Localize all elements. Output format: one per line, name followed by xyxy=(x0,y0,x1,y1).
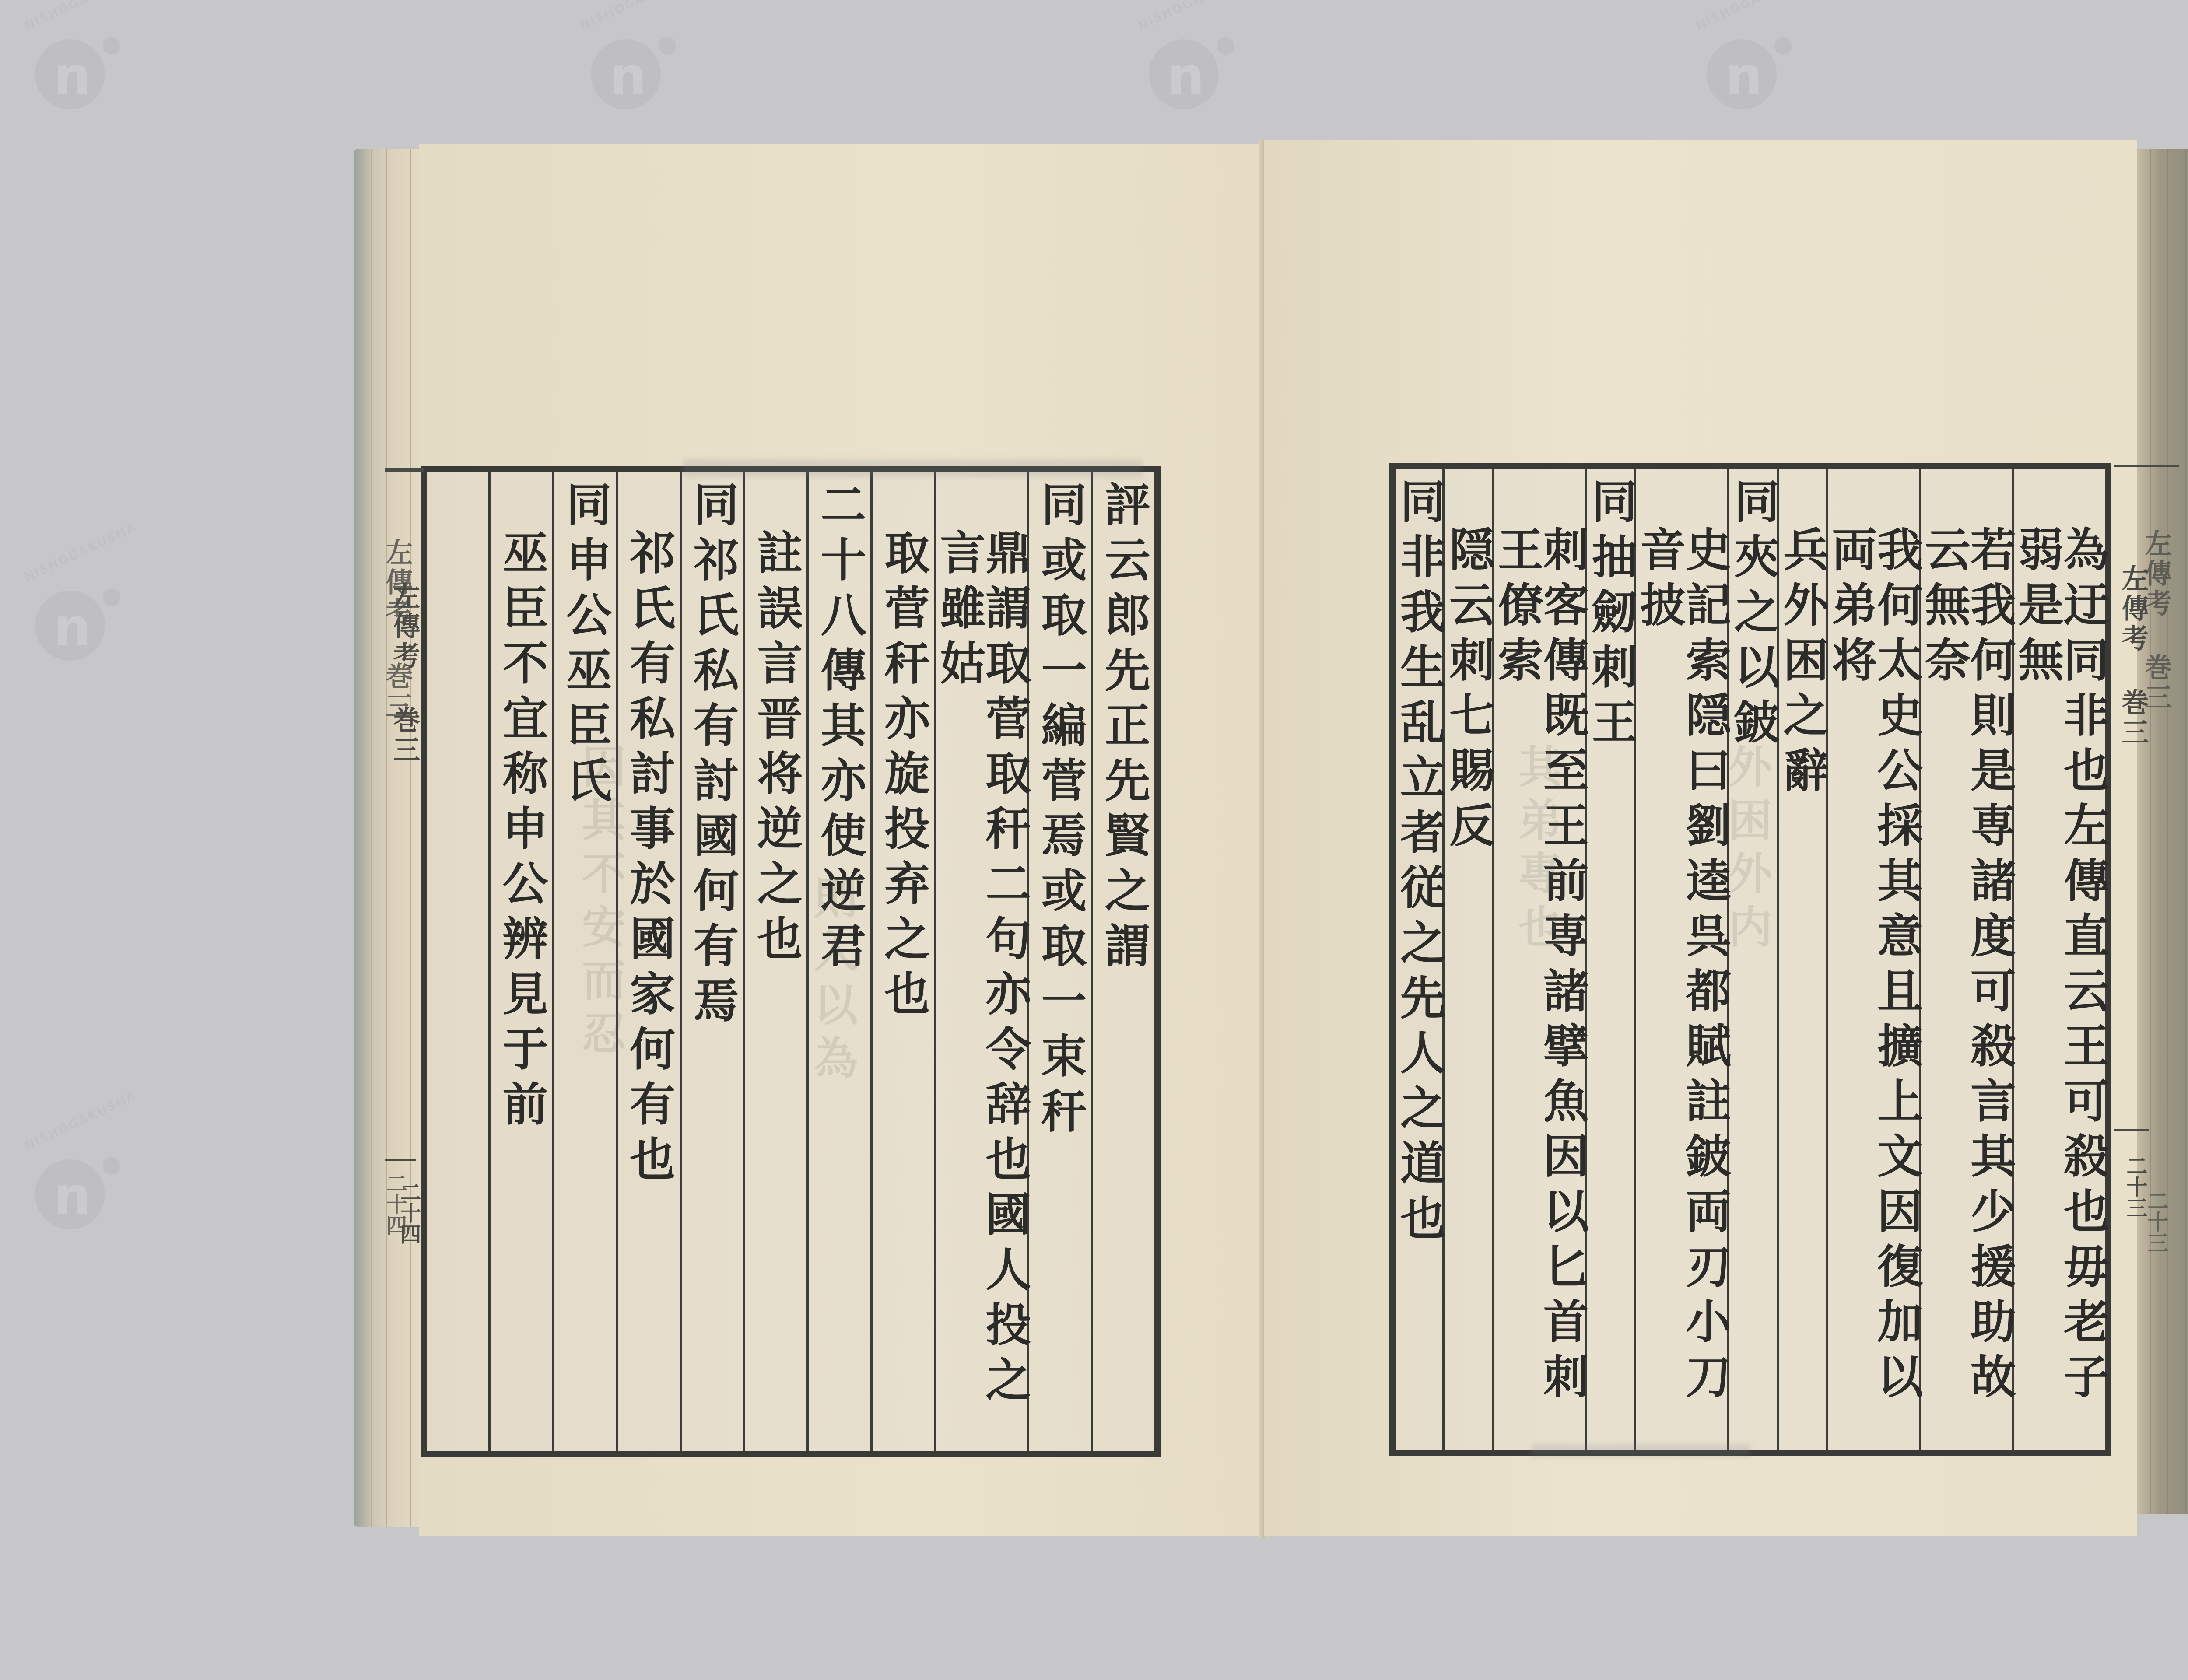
column-text: 同非我生乱立者従之先人之道也 xyxy=(1396,478,1442,1249)
column-text: 祁氏有私討事於國家何有也 xyxy=(626,481,671,1190)
bleed-through-text: 因其不安而忍 xyxy=(569,744,632,1064)
column-text: 評云郎先正先賢之謂 xyxy=(1101,481,1147,977)
ink-smudge xyxy=(1532,1444,1750,1457)
column-text: 為迂同非也左傳直云王可殺也毋老子弱是無 xyxy=(2014,478,2105,1450)
nishogakusha-logo-icon: nNISHOGAKUSHA xyxy=(573,17,678,122)
text-column: 同抽劒刺王 xyxy=(1585,469,1634,1450)
text-column: 巫臣不宜称申公辨見于前 xyxy=(488,472,552,1451)
left-margin-title: 左傳考 巻三 xyxy=(385,582,424,765)
text-column: 註誤言晋将逆之也 xyxy=(743,472,806,1451)
left-text-columns: 評云郎先正先賢之謂同或取一編菅焉或取一束秆鼎謂取菅取秆二句亦令辞也國人投之言雖姑… xyxy=(427,472,1154,1451)
right-fore-edge: 左傳考 巻三 二十三 xyxy=(2137,149,2188,1514)
column-text: 若我何則是専諸度可殺言其少援助故云無奈 xyxy=(1921,478,2012,1450)
text-column: 為迂同非也左傳直云王可殺也毋老子弱是無 xyxy=(2012,469,2105,1450)
column-text: 巫臣不宜称申公辨見于前 xyxy=(499,481,544,1135)
text-column: 取菅秆亦旋投弃之也 xyxy=(870,472,934,1451)
text-column xyxy=(427,472,488,1451)
left-fore-edge: 左傳考 巻三 二十四 xyxy=(354,149,419,1527)
right-text-columns: 為迂同非也左傳直云王可殺也毋老子弱是無若我何則是専諸度可殺言其少援助故云無奈我何… xyxy=(1396,469,2105,1450)
column-text: 我何太史公採其意且擴上文因復加以両弟将 xyxy=(1828,478,1919,1450)
nishogakusha-logo-icon: nNISHOGAKUSHA xyxy=(1131,17,1236,122)
text-column: 鼎謂取菅取秆二句亦令辞也國人投之言雖姑 xyxy=(934,472,1027,1451)
left-text-frame: 評云郎先正先賢之謂同或取一編菅焉或取一束秆鼎謂取菅取秆二句亦令辞也國人投之言雖姑… xyxy=(421,466,1161,1457)
nishogakusha-logo-icon: nNISHOGAKUSHA xyxy=(18,1137,123,1242)
column-text: 刺客傳既至王前専諸擘魚因以匕首刺王僚索 xyxy=(1494,478,1585,1450)
text-column: 兵外困之辭 xyxy=(1777,469,1826,1450)
column-text: 鼎謂取菅取秆二句亦令辞也國人投之言雖姑 xyxy=(936,481,1027,1451)
column-text: 同夾之以鈹 xyxy=(1730,478,1776,753)
column-text: 取菅秆亦旋投弃之也 xyxy=(880,481,926,1025)
text-column: 我何太史公採其意且擴上文因復加以両弟将 xyxy=(1826,469,1919,1450)
bleed-through-text: 則入以為 xyxy=(801,875,864,1088)
nishogakusha-logo-icon: nNISHOGAKUSHA xyxy=(18,569,123,674)
text-column: 刺客傳既至王前専諸擘魚因以匕首刺王僚索 xyxy=(1492,469,1585,1450)
right-margin-title: 左傳考 巻三 xyxy=(2114,564,2153,748)
text-column: 同祁氏私有討國何有焉 xyxy=(680,472,743,1451)
text-column: 若我何則是専諸度可殺言其少援助故云無奈 xyxy=(1919,469,2012,1450)
nishogakusha-logo-icon: nNISHOGAKUSHA xyxy=(1689,17,1794,122)
column-text: 隠云刺七賜反 xyxy=(1445,478,1491,857)
column-text: 史記索隠曰劉逵呉都賦註鈹両刃小刀音披 xyxy=(1636,478,1727,1450)
column-text: 註誤言晋将逆之也 xyxy=(753,481,799,970)
text-column: 同或取一編菅焉或取一束秆 xyxy=(1027,472,1090,1451)
left-folio: 二十四 xyxy=(394,1181,424,1244)
text-column: 隠云刺七賜反 xyxy=(1442,469,1491,1450)
nishogakusha-logo-icon: nNISHOGAKUSHA xyxy=(18,17,123,122)
column-text: 同或取一編菅焉或取一束秆 xyxy=(1037,481,1083,1142)
left-fishtail-mark xyxy=(385,468,424,472)
bleed-through-text: 其弟專也 xyxy=(1505,744,1568,957)
left-margin-rule xyxy=(385,1159,416,1161)
column-text: 同抽劒刺王 xyxy=(1588,478,1633,753)
text-column: 同非我生乱立者従之先人之道也 xyxy=(1396,469,1442,1450)
column-text: 兵外困之辭 xyxy=(1779,478,1825,801)
text-column: 同夾之以鈹 xyxy=(1727,469,1776,1450)
column-text: 同祁氏私有討國何有焉 xyxy=(690,481,735,1032)
right-text-frame: 為迂同非也左傳直云王可殺也毋老子弱是無若我何則是専諸度可殺言其少援助故云無奈我何… xyxy=(1389,463,2111,1456)
bleed-through-text: 外困外内 xyxy=(1715,744,1778,957)
text-column: 評云郎先正先賢之謂 xyxy=(1091,472,1154,1451)
right-fishtail-mark xyxy=(2114,465,2179,467)
text-column: 史記索隠曰劉逵呉都賦註鈹両刃小刀音披 xyxy=(1634,469,1727,1450)
ink-smudge xyxy=(683,459,1142,477)
right-margin-rule xyxy=(2114,1129,2149,1130)
right-folio: 二十三 xyxy=(2120,1155,2150,1218)
